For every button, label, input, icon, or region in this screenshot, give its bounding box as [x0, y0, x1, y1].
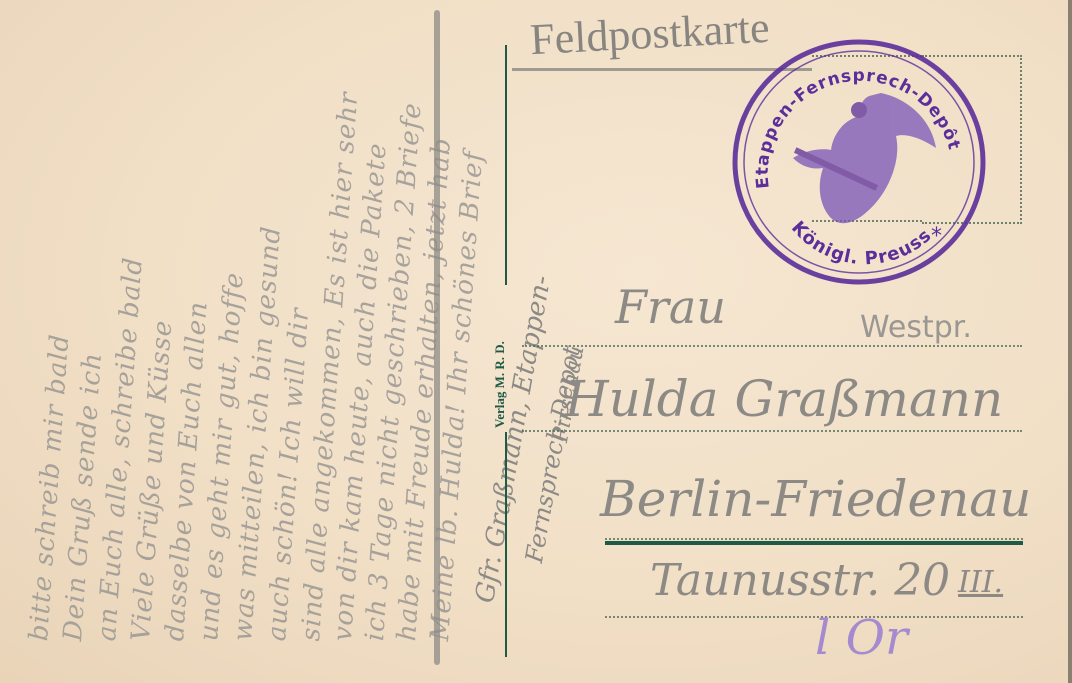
address-solid-rule — [605, 541, 1023, 545]
address-city: Berlin-Friedenau — [600, 470, 1031, 528]
address-line-2 — [522, 430, 1022, 432]
address-floor: III. — [958, 565, 1003, 600]
printed-divider-top — [505, 45, 507, 285]
printed-divider-bottom — [505, 432, 507, 657]
address-street: Taunusstr. 20 — [650, 555, 950, 606]
seal-star: * — [931, 224, 942, 249]
address-line-4 — [605, 616, 1023, 618]
military-seal: Etappen-Fernsprech-Depôt Königl. Preuss.… — [731, 38, 987, 286]
violet-crayon-note: l Or — [815, 610, 908, 666]
publisher-imprint: Verlag M. R. D. — [492, 341, 508, 428]
address-salutation: Frau — [615, 280, 726, 334]
pencil-divider-line — [434, 10, 440, 665]
address-region-note: Westpr. — [860, 310, 972, 345]
address-line-3 — [605, 538, 1023, 540]
postcard: Meine lb. Hulda! Ihr schönes Brief habe … — [0, 0, 1072, 683]
address-line-1 — [522, 345, 1022, 347]
prussian-eagle-icon — [793, 93, 936, 223]
address-recipient: Hulda Graßmann — [565, 370, 1003, 428]
